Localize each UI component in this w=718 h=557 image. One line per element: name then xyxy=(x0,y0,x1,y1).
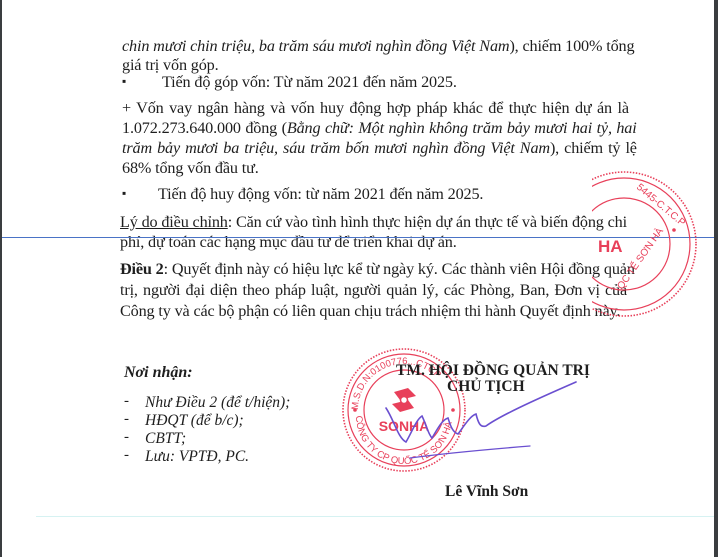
window-frame-right xyxy=(714,0,718,557)
reason-line1: Lý do điều chỉnh: Căn cứ vào tình hình t… xyxy=(120,212,627,232)
dash-icon: - xyxy=(124,393,129,410)
para1-line1: chin mươi chin triệu, ba trăm sáu mươi n… xyxy=(122,36,634,56)
loan-amount-words: Bằng chữ: Một nghìn không trăm bảy mươi … xyxy=(287,119,637,137)
page-bottom-rule xyxy=(36,516,714,517)
recipient-item: CBTT; xyxy=(145,429,186,448)
document-page: chin mươi chin triệu, ba trăm sáu mươi n… xyxy=(0,0,714,557)
recipient-item: HĐQT (để b/c); xyxy=(145,411,244,430)
bullet2-text: Tiến độ huy động vốn: từ năm 2021 đến nă… xyxy=(158,184,483,204)
handwritten-signature-icon xyxy=(380,380,580,470)
reason-line2: phí, dự toán các hạng mục đầu tư để triể… xyxy=(120,232,457,252)
para2-line3: trăm bảy mươi ba triệu, sáu trăm bốn mươ… xyxy=(122,138,637,158)
reason-label: Lý do điều chỉnh xyxy=(120,213,228,231)
bullet-icon: ▪ xyxy=(122,74,126,89)
company-seal-partial-icon: 5445-C.T.C.P QC TẾ SƠN HÀ HA xyxy=(592,160,714,330)
para2-line4: 68% tổng vốn đầu tư. xyxy=(122,158,259,178)
signer-name: Lê Vĩnh Sơn xyxy=(445,483,528,501)
article2-line2: trị, người đại diện theo pháp luật, ngườ… xyxy=(120,280,627,300)
recipient-item: Lưu: VPTĐ, PC. xyxy=(145,447,249,466)
article2-label: Điều 2 xyxy=(120,260,164,278)
bullet1-text: Tiến độ góp vốn: Từ năm 2021 đến năm 202… xyxy=(162,72,457,92)
para1-amount-words: chin mươi chin triệu, ba trăm sáu mươi n… xyxy=(122,37,509,55)
loan-amount-words-cont: trăm bảy mươi ba triệu, sáu trăm bốn mươ… xyxy=(122,139,550,157)
bullet-icon: ▪ xyxy=(122,186,126,201)
para1-percent: ), chiếm 100% tổng xyxy=(509,37,634,55)
dash-icon: - xyxy=(124,429,129,446)
dash-icon: - xyxy=(124,447,129,464)
article2-line1: Điều 2: Quyết định này có hiệu lực kể từ… xyxy=(120,259,635,279)
para2-line1: + Vốn vay ngân hàng và vốn huy động hợp … xyxy=(122,98,629,118)
para2-line2: 1.072.273.640.000 đồng (Bằng chữ: Một ng… xyxy=(122,118,637,138)
recipient-item: Như Điều 2 (để t/hiện); xyxy=(145,393,290,412)
svg-text:HA: HA xyxy=(598,237,623,256)
article2-line3: Công ty và các bộ phận có liên quan chịu… xyxy=(120,301,620,321)
recipients-title: Nơi nhận: xyxy=(124,363,193,382)
loan-amount: 1.072.273.640.000 đồng ( xyxy=(122,119,287,137)
svg-text:QC TẾ SƠN HÀ: QC TẾ SƠN HÀ xyxy=(614,225,666,292)
dash-icon: - xyxy=(124,411,129,428)
